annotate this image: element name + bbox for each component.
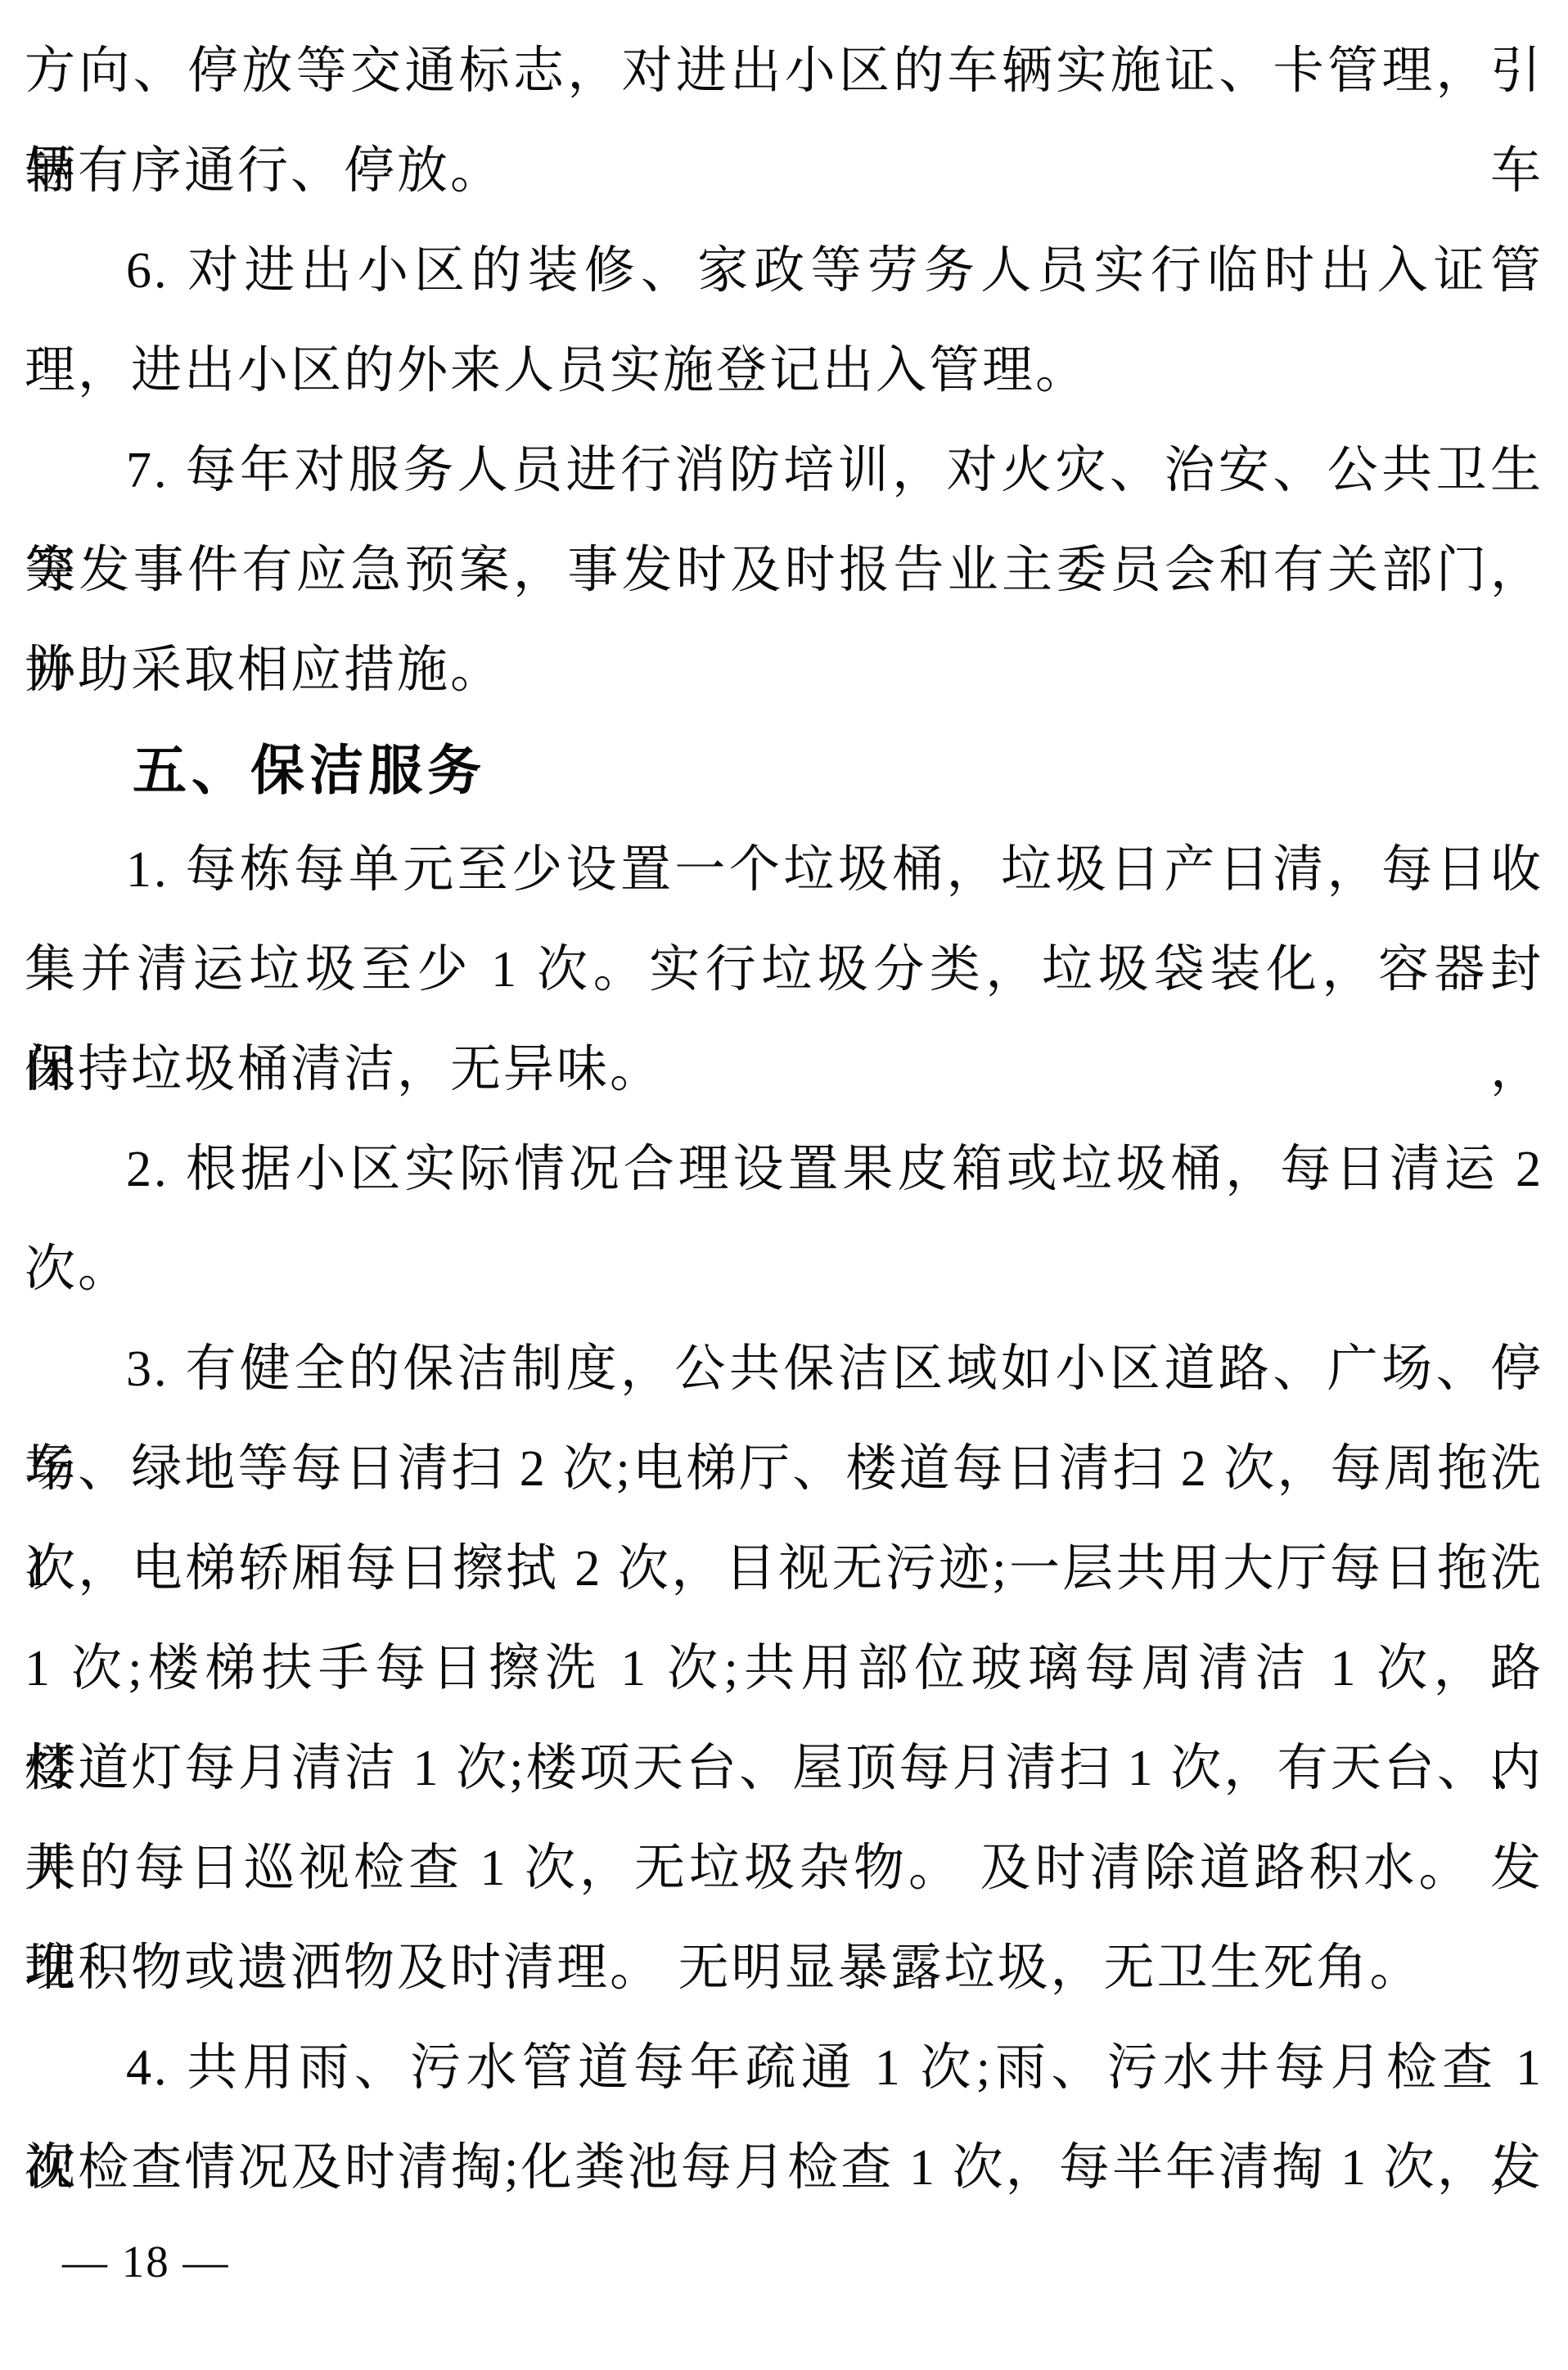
text-line: 次。 [25, 1219, 1543, 1319]
text-line: 理，进出小区的外来人员实施登记出入管理。 [25, 321, 1543, 421]
text-line: 1. 每栋每单元至少设置一个垃圾桶，垃圾日产日清，每日收 [25, 820, 1543, 920]
text-line: 堆积物或遗洒物及时清理。 无明显暴露垃圾，无卫生死角。 [25, 1918, 1543, 2018]
text-line: 3. 有健全的保洁制度，公共保洁区域如小区道路、广场、停车 [25, 1319, 1543, 1419]
text-line: 场、绿地等每日清扫 2 次;电梯厅、楼道每日清扫 2 次，每周拖洗 1 [25, 1419, 1543, 1519]
page-number: — 18 — [25, 2229, 1543, 2295]
section-heading: 五、保洁服务 [25, 720, 1543, 820]
text-line: 1 次;楼梯扶手每日擦洗 1 次;共用部位玻璃每周清洁 1 次，路灯、 [25, 1619, 1543, 1719]
text-line: 2. 根据小区实际情况合理设置果皮箱或垃圾桶，每日清运 2 [25, 1120, 1543, 1219]
text-line: 协助采取相应措施。 [25, 620, 1543, 720]
text-line: 7. 每年对服务人员进行消防培训，对火灾、治安、公共卫生等 [25, 421, 1543, 520]
text-line: 集并清运垃圾至少 1 次。实行垃圾分类，垃圾袋装化，容器封闭， [25, 920, 1543, 1020]
text-line: 突发事件有应急预案，事发时及时报告业主委员会和有关部门，并 [25, 520, 1543, 620]
text-line: 次，电梯轿厢每日擦拭 2 次，目视无污迹;一层共用大厅每日拖洗 [25, 1519, 1543, 1619]
text-line: 4. 共用雨、污水管道每年疏通 1 次;雨、污水井每月检查 1 次， [25, 2018, 1543, 2118]
text-line: 方向、停放等交通标志，对进出小区的车辆实施证、卡管理，引导车 [25, 21, 1543, 121]
document-page: 方向、停放等交通标志，对进出小区的车辆实施证、卡管理，引导车 辆有序通行、停放。… [0, 0, 1568, 2370]
text-line: 6. 对进出小区的装修、家政等劳务人员实行临时出入证管 [25, 221, 1543, 321]
text-line: 井的每日巡视检查 1 次，无垃圾杂物。 及时清除道路积水。 发现 [25, 1818, 1543, 1918]
text-line: 视检查情况及时清掏;化粪池每月检查 1 次，每半年清掏 1 次，发 [25, 2118, 1543, 2218]
text-line: 楼道灯每月清洁 1 次;楼项天台、屋顶每月清扫 1 次，有天台、内天 [25, 1719, 1543, 1818]
